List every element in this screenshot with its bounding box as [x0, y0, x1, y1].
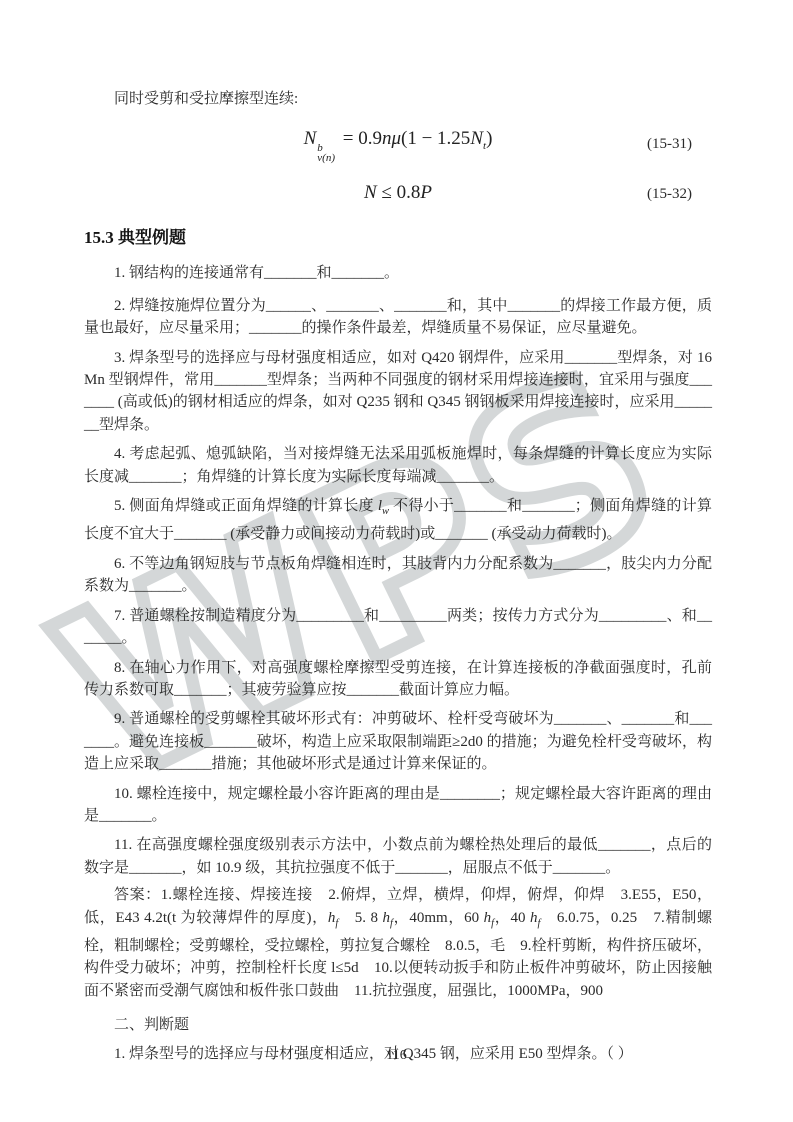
question-8: 8. 在轴心力作用下，对高强度螺栓摩擦型受剪连接，在计算连接板的净截面强度时，孔… [84, 657, 712, 702]
formula-number: (15-31) [647, 136, 692, 153]
formula-expression: Nbv(n) = 0.9nμ(1 − 1.25Nt) [304, 128, 493, 149]
question-1: 1. 钢结构的连接通常有_______和_______。 [84, 262, 712, 284]
question-3: 3. 焊条型号的选择应与母材强度相适应，如对 Q420 钢焊件，应采用_____… [84, 347, 712, 437]
section-heading: 15.3 典型例题 [84, 226, 712, 250]
intro-line: 同时受剪和受拉摩擦型连续: [84, 88, 712, 110]
document-page: WPS 同时受剪和受拉摩擦型连续: Nbv(n) = 0.9nμ(1 − 1.2… [0, 0, 793, 1122]
formula-number: (15-32) [647, 186, 692, 203]
question-6: 6. 不等边角钢短肢与节点板角焊缝相连时，其肢背内力分配系数为_______，肢… [84, 553, 712, 598]
question-4: 4. 考虑起弧、熄弧缺陷，当对接焊缝无法采用弧板施焊时，每条焊缝的计算长度应为实… [84, 443, 712, 488]
formula-expression: N ≤ 0.8P [364, 182, 432, 203]
question-7: 7. 普通螺栓按制造精度分为_________和_________两类；按传力方… [84, 605, 712, 650]
question-5: 5. 侧面角焊缝或正面角焊缝的计算长度 lw 不得小于_______和_____… [84, 495, 712, 546]
question-9: 9. 普通螺栓的受剪螺栓其破坏形式有：冲剪破坏、栓杆受弯破坏为_______、_… [84, 708, 712, 775]
question-10: 10. 螺栓连接中，规定螺栓最小容许距离的理由是________；规定螺栓最大容… [84, 783, 712, 828]
page-content: 同时受剪和受拉摩擦型连续: Nbv(n) = 0.9nμ(1 − 1.25Nt)… [0, 0, 793, 1065]
answers-paragraph: 答案：1.螺栓连接、焊接连接 2.俯焊，立焊，横焊，仰焊，俯焊，仰焊 3.E55… [84, 884, 712, 1002]
question-2: 2. 焊缝按施焊位置分为______、_______、_______和，其中__… [84, 295, 712, 340]
question-11: 11. 在高强度螺栓强度级别表示方法中，小数点前为螺栓热处理后的最低______… [84, 834, 712, 879]
formula-15-32: N ≤ 0.8P (15-32) [84, 182, 712, 212]
formula-15-31: Nbv(n) = 0.9nμ(1 − 1.25Nt) (15-31) [84, 128, 712, 162]
section2-heading: 二、判断题 [84, 1014, 712, 1036]
page-number: 116 [0, 1048, 793, 1064]
